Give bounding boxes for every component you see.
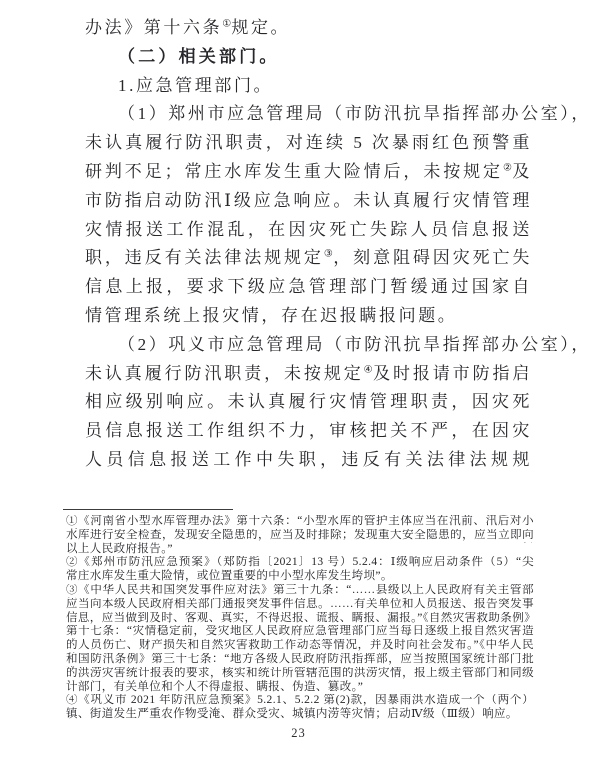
footnote-line: ③《中华人民共和国突发事件应对法》第三十九条：“……县级以上人民政府有关主管部门: [66, 584, 534, 598]
body-line: 市防指启动防汛Ⅰ级应急响应。未认真履行灾情管理职责，: [85, 187, 532, 216]
footnote-line: 镇、街道发生严重农作物受淹、群众受灾、城镇内涝等灾情；启动Ⅳ级（Ⅲ级）响应。: [66, 708, 534, 722]
footnote-line: 和国防汛条例》第三十七条：“地方各级人民政府防汛指挥部，应当按照国家统计部门批准: [66, 653, 534, 667]
page-number: 23: [0, 726, 597, 741]
body-line: （1）郑州市应急管理局（市防汛抗旱指挥部办公室），: [85, 100, 532, 129]
body-line: 职，违反有关法律法规规定③，刻意阻碍因灾死亡失踪人员: [85, 244, 532, 273]
footnote-line: ①《河南省小型水库管理办法》第十六条：“小型水库的管护主体应当在汛前、汛后对小型: [66, 515, 534, 529]
section-heading: （二）相关部门。: [85, 43, 532, 72]
body-text: 办法》第十六条①规定。 （二）相关部门。 1.应急管理部门。 （1）郑州市应急管…: [85, 14, 532, 475]
body-line: 办法》第十六条①规定。: [85, 14, 532, 43]
body-line: 员信息报送工作组织不力，审核把关不严，在因灾死亡失踪: [85, 417, 532, 446]
body-line: 未认真履行防汛职责，对连续 5 次暴雨红色预警重视不够、: [85, 129, 532, 158]
footnotes: ①《河南省小型水库管理办法》第十六条：“小型水库的管护主体应当在汛前、汛后对小型…: [66, 515, 534, 722]
document-page: 办法》第十六条①规定。 （二）相关部门。 1.应急管理部门。 （1）郑州市应急管…: [0, 0, 597, 777]
footnote-line: 信息，应当做到及时、客观、真实，不得迟报、谎报、瞒报、漏报。”《自然灾害救助条例…: [66, 612, 534, 626]
footnote-line: 计部门，有关单位和个人不得虚报、瞒报、伪造、篡改。”: [66, 681, 534, 695]
body-line: 信息上报，要求下级应急管理部门暂缓通过国家自然灾害灾: [85, 273, 532, 302]
footnote-line: ④《巩义市 2021 年防汛应急预案》5.2.1、5.2.2 第(2)款，因暴雨…: [66, 694, 534, 708]
body-line: （2）巩义市应急管理局（市防汛抗旱指挥部办公室），: [85, 331, 532, 360]
footnote-line: 的洪涝灾害统计报表的要求，核实和统计所管辖范围的洪涝灾情，报上级主管部门和同级统: [66, 667, 534, 681]
body-line: 研判不足；常庄水库发生重大险情后，未按规定②及时报请: [85, 158, 532, 187]
footnote-line: 常庄水库发生重大险情，或位置重要的中小型水库发生垮坝”。: [66, 570, 534, 584]
body-line: 情管理系统上报灾情，存在迟报瞒报问题。: [85, 302, 532, 331]
footnote-line: ②《郑州市防汛应急预案》（郑防指〔2021〕13 号）5.2.4：Ⅰ级响应启动条…: [66, 556, 534, 570]
footnote-line: 应当向本级人民政府相关部门通报突发事件信息。……有关单位和人员报送、报告突发事件: [66, 598, 534, 612]
footnote-line: 的人员伤亡、财产损失和自然灾害救助工作动态等情况，并及时向社会发布。”《中华人民…: [66, 639, 534, 653]
footnote-line: 水库进行安全检查，发现安全隐患的，应当及时排除；发现重大安全隐患的，应当立即向县…: [66, 529, 534, 543]
body-line: 相应级别响应。未认真履行灾情管理职责，因灾死亡失踪人: [85, 388, 532, 417]
footnote-line: 以上人民政府报告。”: [66, 543, 534, 557]
subsection-heading: 1.应急管理部门。: [85, 72, 532, 101]
body-line: 灾情报送工作混乱，在因灾死亡失踪人员信息报送工作中失: [85, 216, 532, 245]
footnote-separator: [63, 509, 233, 510]
footnote-line: 第十七条：“灾情稳定前，受灾地区人民政府应急管理部门应当每日逐级上报自然灾害造成: [66, 625, 534, 639]
body-line: 未认真履行防汛职责，未按规定④及时报请市防指启动防汛: [85, 360, 532, 389]
body-line: 人员信息报送工作中失职，违反有关法律法规规定，存在迟: [85, 446, 532, 475]
